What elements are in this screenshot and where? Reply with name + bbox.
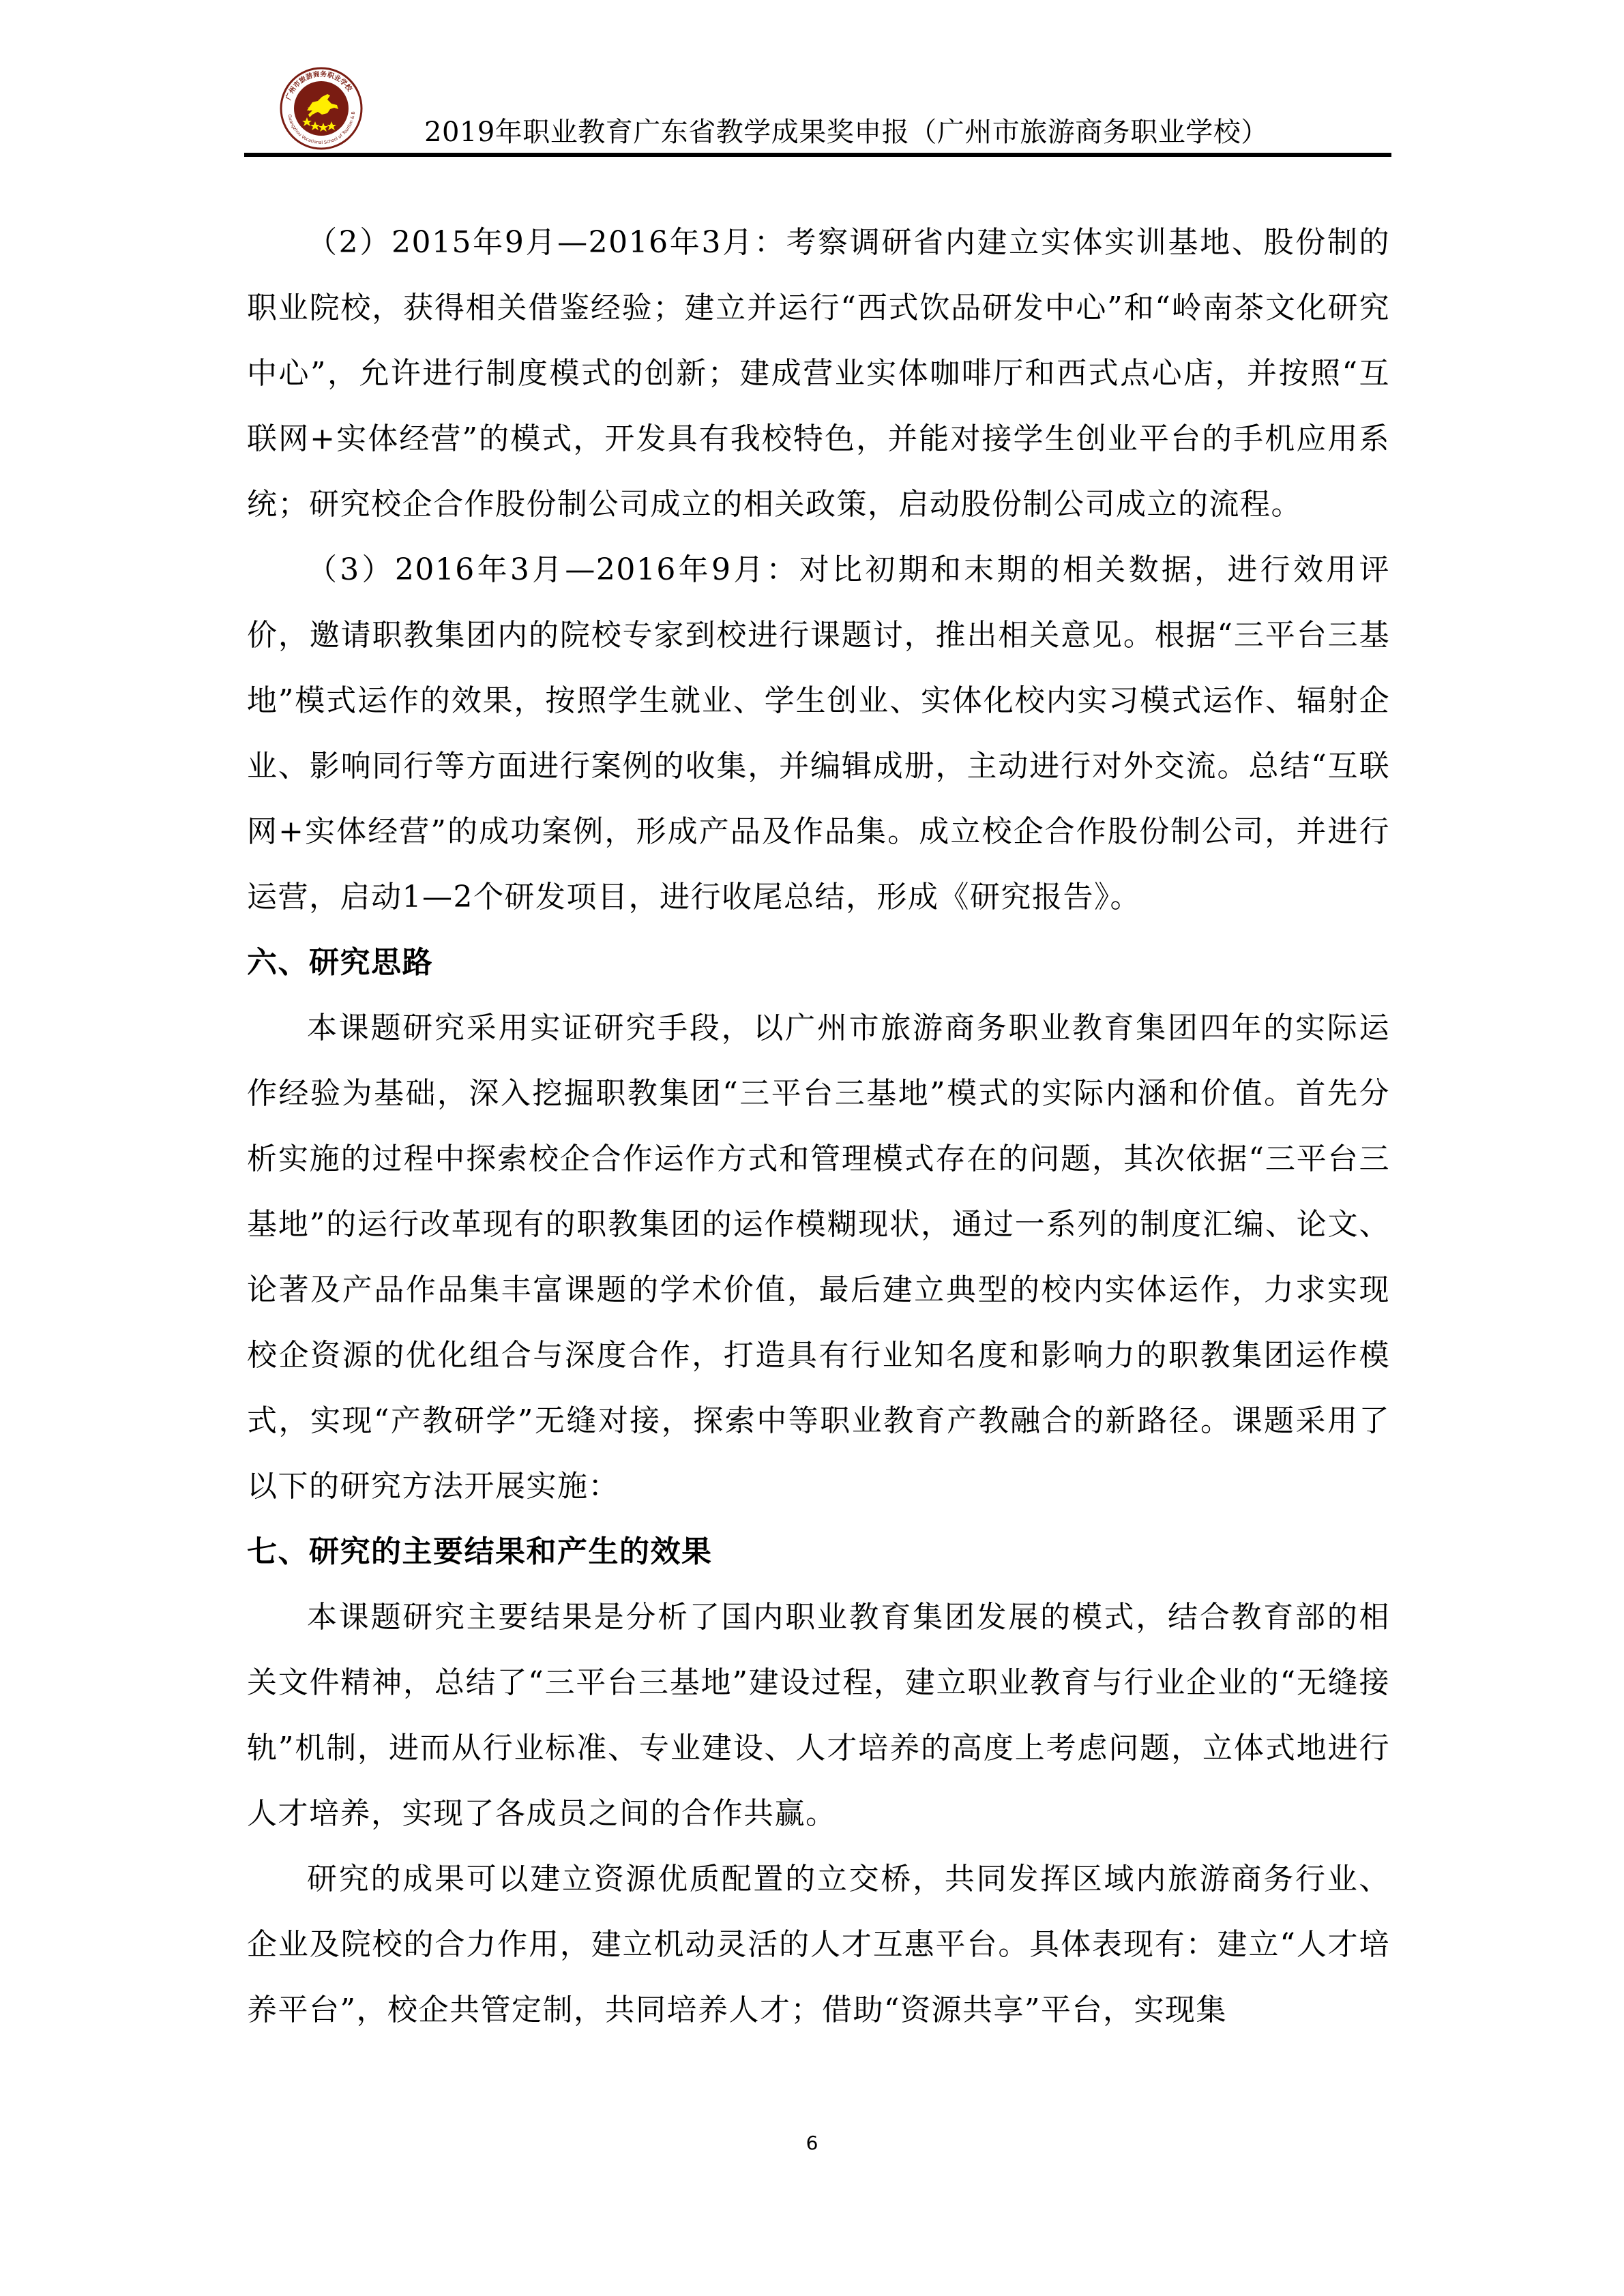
paragraph-main-results: 本课题研究主要结果是分析了国内职业教育集团发展的模式，结合教育部的相关文件精神，… (247, 1585, 1390, 1847)
paragraph-research-approach: 本课题研究采用实证研究手段，以广州市旅游商务职业教育集团四年的实际运作经验为基础… (247, 996, 1390, 1519)
document-body: （2）2015年9月—2016年3月：考察调研省内建立实体实训基地、股份制的职业… (247, 210, 1390, 2043)
section-heading-main-results: 七、研究的主要结果和产生的效果 (247, 1519, 1390, 1585)
school-emblem-icon: 广州市旅游商务职业学校 Guangzhou Vocational School … (280, 67, 363, 150)
paragraph-phase-2: （2）2015年9月—2016年3月：考察调研省内建立实体实训基地、股份制的职业… (247, 210, 1390, 537)
page-number: 6 (0, 2132, 1624, 2154)
paragraph-phase-3: （3）2016年3月—2016年9月：对比初期和末期的相关数据，进行效用评价，邀… (247, 537, 1390, 930)
section-heading-research-approach: 六、研究思路 (247, 930, 1390, 996)
header-divider (244, 153, 1391, 157)
header-title: 2019年职业教育广东省教学成果奖申报（广州市旅游商务职业学校） (424, 116, 1269, 149)
paragraph-research-outcomes: 研究的成果可以建立资源优质配置的立交桥，共同发挥区域内旅游商务行业、企业及院校的… (247, 1847, 1390, 2043)
page-header: 广州市旅游商务职业学校 Guangzhou Vocational School … (244, 65, 1391, 157)
